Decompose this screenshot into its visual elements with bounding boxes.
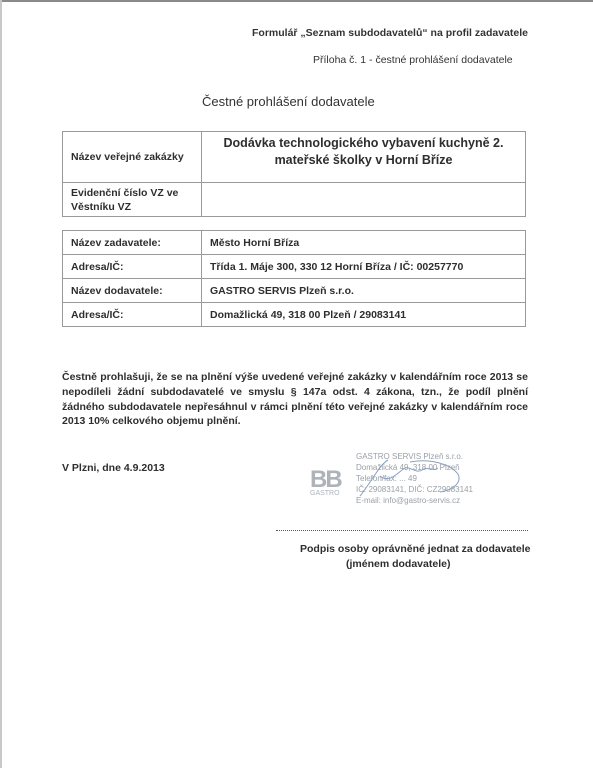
signature-caption: Podpis osoby oprávněné jednat za dodavat… xyxy=(300,543,530,555)
table-row: Název zadavatele: Město Horní Bříza xyxy=(63,231,526,255)
signature-subcaption: (jménem dodavatele) xyxy=(346,558,450,570)
contracting-authority-label: Název zadavatele: xyxy=(63,231,202,255)
contract-name-value: Dodávka technologického vybavení kuchyně… xyxy=(202,132,526,183)
supplier-address-label: Adresa/IČ: xyxy=(63,303,202,327)
table-row: Evidenční číslo VZ ve Věstníku VZ xyxy=(63,183,526,217)
registry-number-value xyxy=(202,183,526,217)
contract-table: Název veřejné zakázky Dodávka technologi… xyxy=(62,131,526,217)
attachment-header-line: Příloha č. 1 - čestné prohlášení dodavat… xyxy=(313,54,513,66)
company-stamp: BB GASTRO GASTRO SERVIS Plzeň s.r.o. Dom… xyxy=(310,452,480,512)
registry-number-label: Evidenční číslo VZ ve Věstníku VZ xyxy=(63,183,202,217)
place-and-date: V Plzni, dne 4.9.2013 xyxy=(62,462,165,474)
signature-line xyxy=(276,530,528,531)
table-row: Název dodavatele: GASTRO SERVIS Plzeň s.… xyxy=(63,279,526,303)
declaration-paragraph: Čestně prohlašuji, že se na plnění výše … xyxy=(62,370,528,429)
handwritten-signature-icon xyxy=(350,454,470,504)
contract-name-label: Název veřejné zakázky xyxy=(63,132,202,183)
company-logo-subtext: GASTRO xyxy=(310,490,340,497)
supplier-name-value: GASTRO SERVIS Plzeň s.r.o. xyxy=(202,279,526,303)
authority-address-label: Adresa/IČ: xyxy=(63,255,202,279)
supplier-address-value: Domažlická 49, 318 00 Plzeň / 29083141 xyxy=(202,303,526,327)
scan-edge-top xyxy=(0,0,593,2)
parties-table: Název zadavatele: Město Horní Bříza Adre… xyxy=(62,230,526,327)
contracting-authority-value: Město Horní Bříza xyxy=(202,231,526,255)
table-row: Adresa/IČ: Třída 1. Máje 300, 330 12 Hor… xyxy=(63,255,526,279)
supplier-name-label: Název dodavatele: xyxy=(63,279,202,303)
table-row: Adresa/IČ: Domažlická 49, 318 00 Plzeň /… xyxy=(63,303,526,327)
document-title: Čestné prohlášení dodavatele xyxy=(202,94,375,109)
table-row: Název veřejné zakázky Dodávka technologi… xyxy=(63,132,526,183)
form-header-line: Formulář „Seznam subdodavatelů“ na profi… xyxy=(252,27,528,39)
scan-edge-left xyxy=(0,0,2,768)
authority-address-value: Třída 1. Máje 300, 330 12 Horní Bříza / … xyxy=(202,255,526,279)
